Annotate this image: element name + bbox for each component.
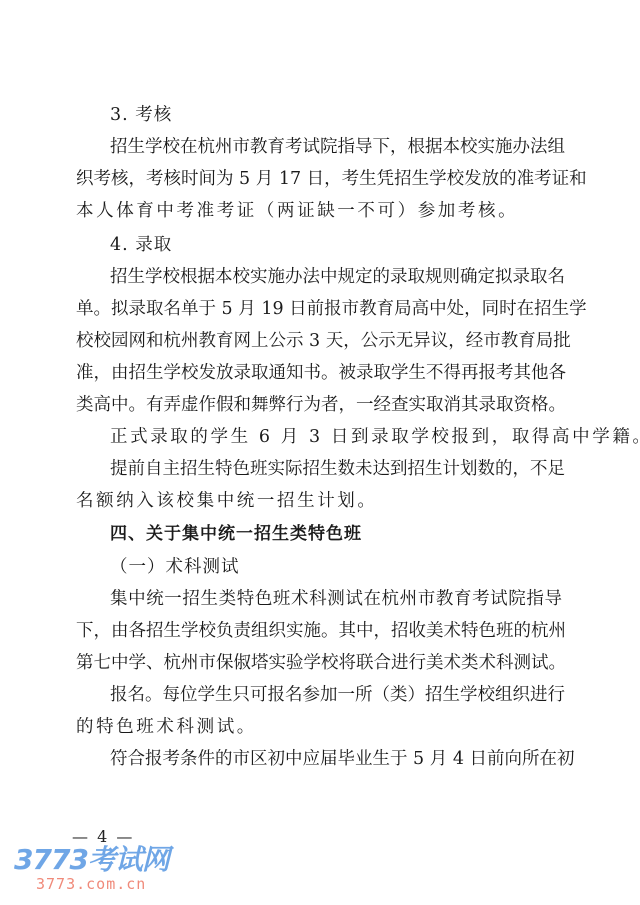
- paragraph-line: 准，由招生学校发放录取通知书。被录取学生不得再报考其他各: [76, 362, 562, 384]
- heading-assessment: 3. 考核: [110, 104, 172, 126]
- paragraph-line: 织考核，考核时间为 5 月 17 日，考生凭招生学校发放的准考证和: [76, 168, 562, 190]
- paragraph-line: 类高中。有弄虚作假和舞弊行为者，一经查实取消其录取资格。: [76, 394, 562, 416]
- paragraph-line: 集中统一招生类特色班术科测试在杭州市教育考试院指导: [110, 588, 562, 610]
- watermark-url: 3773.com.cn: [36, 875, 169, 893]
- heading-admission: 4. 录取: [110, 234, 172, 256]
- document-page: 3. 考核 招生学校在杭州市教育考试院指导下，根据本校实施办法组 织考核，考核时…: [0, 0, 640, 905]
- paragraph-line: 报名。每位学生只可报名参加一所（类）招生学校组织进行: [110, 684, 562, 706]
- watermark-logo: 3773考试网 3773.com.cn: [14, 845, 169, 893]
- paragraph-line: 符合报考条件的市区初中应届毕业生于 5 月 4 日前向所在初: [110, 748, 562, 770]
- paragraph-line: 正式录取的学生 6 月 3 日到录取学校报到，取得高中学籍。: [110, 426, 562, 448]
- paragraph-line: 招生学校在杭州市教育考试院指导下，根据本校实施办法组: [110, 136, 562, 158]
- paragraph-line: 的特色班术科测试。: [76, 716, 562, 738]
- heading-section-four: 四、关于集中统一招生类特色班: [110, 523, 362, 545]
- paragraph-line: 校校园网和杭州教育网上公示 3 天，公示无异议，经市教育局批: [76, 330, 562, 352]
- paragraph-line: 第七中学、杭州市保俶塔实验学校将联合进行美术类术科测试。: [76, 652, 562, 674]
- paragraph-line: 下，由各招生学校负责组织实施。其中，招收美术特色班的杭州: [76, 620, 562, 642]
- paragraph-line: 单。拟录取名单于 5 月 19 日前报市教育局高中处，同时在招生学: [76, 298, 562, 320]
- heading-subsection-one: （一）术科测试: [110, 556, 240, 578]
- watermark-logo-text: 3773考试网: [14, 845, 169, 875]
- paragraph-line: 提前自主招生特色班实际招生数未达到招生计划数的，不足: [110, 458, 562, 480]
- paragraph-line: 本人体育中考准考证（两证缺一不可）参加考核。: [76, 200, 562, 222]
- paragraph-line: 招生学校根据本校实施办法中规定的录取规则确定拟录取名: [110, 266, 562, 288]
- paragraph-line: 名额纳入该校集中统一招生计划。: [76, 490, 562, 512]
